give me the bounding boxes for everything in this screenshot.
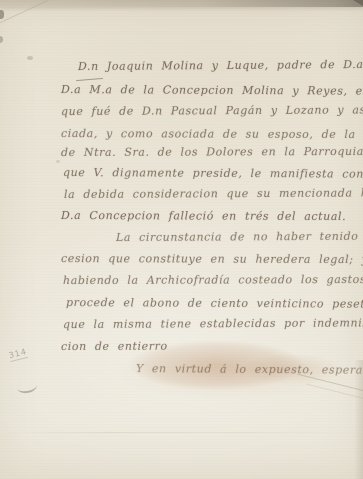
flourish-underline [76,76,103,81]
handwritten-line: que V. dignamente preside, le manifiesta… [63,166,363,182]
handwritten-line: ciada, y como asociada de su esposo, de … [61,127,363,142]
handwritten-line: D.n Joaquin Molina y Luque, padre de D.a [78,58,363,74]
scanned-letter-page: D.n Joaquin Molina y Luque, padre de D.a… [0,0,363,479]
handwritten-line: habiendo la Archicofradía costeado los g… [63,273,363,288]
letter-body: D.n Joaquin Molina y Luque, padre de D.a… [0,0,363,479]
handwritten-line: de Ntra. Sra. de los Dolores en la Parro… [61,145,363,160]
paper-right-edge-shadow [354,360,363,479]
handwritten-line: D.a Concepcion falleció en trés del actu… [61,209,346,224]
handwritten-line: La circunstancia de no haber tenido su- [116,230,363,245]
handwritten-line: cesion que constituye en su heredera leg… [61,252,363,267]
handwritten-line: D.a M.a de la Concepcion Molina y Reyes,… [61,83,363,99]
handwritten-line: la debida consideracion que su mencionad… [64,186,363,202]
paper-crease [0,432,363,433]
handwritten-line: procede el abono de ciento veinticinco p… [66,296,363,312]
handwritten-line: que fué de D.n Pascual Pagán y Lozano y … [61,103,363,119]
